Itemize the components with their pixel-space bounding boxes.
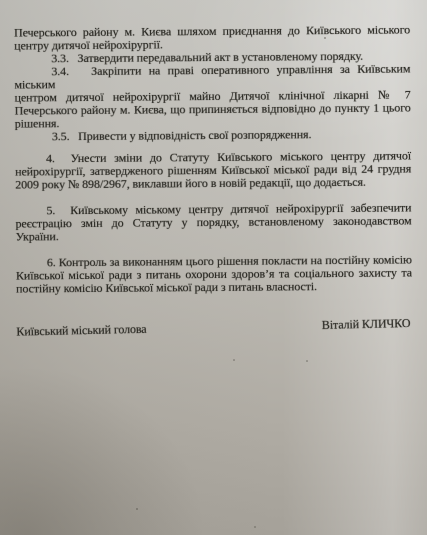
signature-block: Київський міський голова Віталій КЛИЧКО (16, 317, 412, 339)
dust-speck (136, 508, 138, 510)
paragraph-item-5: 5. Київському міському центру дитячої не… (15, 201, 411, 243)
paragraph-item-3-4: 3.4. Закріпити на праві оперативного упр… (14, 62, 410, 130)
text-line: 3.5. Привести у відповідність свої розпо… (15, 127, 411, 143)
dust-speck (306, 360, 308, 362)
dust-speck (254, 526, 256, 528)
signer-title: Київський міський голова (16, 323, 146, 339)
signer-name: Віталій КЛИЧКО (322, 317, 411, 332)
document-content: Печерського району м. Києва шляхом приєд… (14, 23, 412, 338)
paragraph-item-4: 4. Унести зміни до Статуту Київського мі… (15, 149, 411, 191)
text-line: реєстрацію змін до Статуту у порядку, вс… (16, 214, 412, 243)
text-line: 2009 року № 898/2967, виклавши його в но… (15, 175, 411, 191)
text-line: постійну комісію Київської міської ради … (16, 279, 412, 295)
dust-speck (324, 37, 326, 39)
document-photo: Печерського району м. Києва шляхом приєд… (0, 0, 427, 535)
paragraph-item-6: 6. Контроль за виконанням цього рішення … (16, 253, 412, 295)
paragraph-item-3-5: 3.5. Привести у відповідність свої розпо… (15, 127, 411, 143)
dust-speck (233, 359, 235, 361)
